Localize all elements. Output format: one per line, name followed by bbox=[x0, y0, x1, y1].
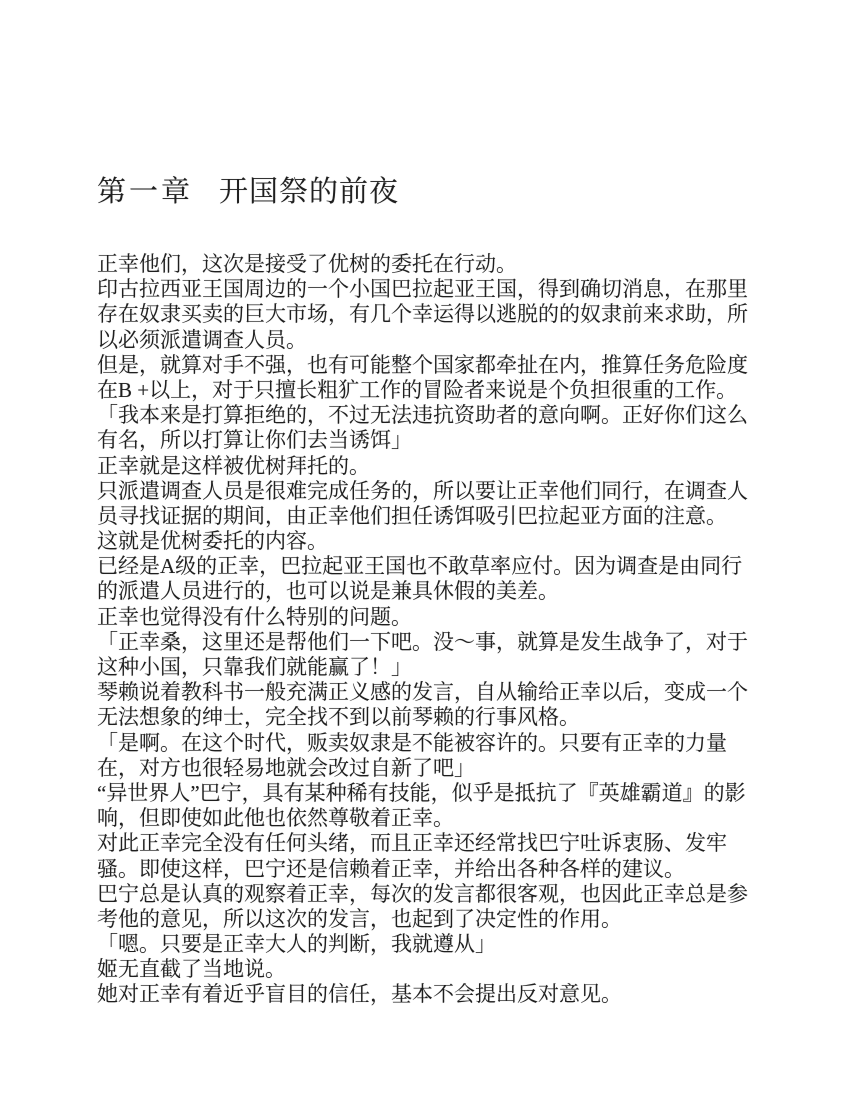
text-line: 姬无直截了当地说。 bbox=[97, 957, 769, 982]
text-line: 无法想象的绅士，完全找不到以前琴赖的行事风格。 bbox=[97, 705, 769, 730]
chapter-name: 开国祭的前夜 bbox=[219, 176, 399, 208]
text-line: 以必须派遣调查人员。 bbox=[97, 328, 769, 353]
text-line: 印古拉西亚王国周边的一个小国巴拉起亚王国，得到确切消息，在那里 bbox=[97, 277, 769, 302]
text-line: 琴赖说着教科书一般充满正义感的发言，自从输给正幸以后，变成一个 bbox=[97, 680, 769, 705]
text-line: 有名，所以打算让你们去当诱饵」 bbox=[97, 428, 769, 453]
text-line: 存在奴隶买卖的巨大市场，有几个幸运得以逃脱的的奴隶前来求助，所 bbox=[97, 302, 769, 327]
text-line: 的派遣人员进行的，也可以说是兼具休假的美差。 bbox=[97, 579, 769, 604]
document-page: 第一章开国祭的前夜 正幸他们，这次是接受了优树的委托在行动。印古拉西亚王国周边的… bbox=[0, 0, 850, 1100]
text-line: 正幸就是这样被优树拜托的。 bbox=[97, 454, 769, 479]
text-line: 对此正幸完全没有任何头绪，而且正幸还经常找巴宁吐诉衷肠、发牢 bbox=[97, 831, 769, 856]
chapter-title: 第一章开国祭的前夜 bbox=[97, 169, 399, 210]
text-line: 正幸也觉得没有什么特别的问题。 bbox=[97, 605, 769, 630]
text-line: 在B +以上，对于只擅长粗犷工作的冒险者来说是个负担很重的工作。 bbox=[97, 378, 769, 403]
text-line: 她对正幸有着近乎盲目的信任，基本不会提出反对意见。 bbox=[97, 982, 769, 1007]
text-line: 「是啊。在这个时代，贩卖奴隶是不能被容许的。只要有正幸的力量 bbox=[97, 731, 769, 756]
text-line: 骚。即使这样，巴宁还是信赖着正幸，并给出各种各样的建议。 bbox=[97, 857, 769, 882]
text-line: 响，但即使如此他也依然尊敬着正幸。 bbox=[97, 806, 769, 831]
text-line: 「我本来是打算拒绝的，不过无法违抗资助者的意向啊。正好你们这么 bbox=[97, 403, 769, 428]
text-line: “异世界人”巴宁，具有某种稀有技能，似乎是抵抗了『英雄霸道』的影 bbox=[97, 781, 769, 806]
text-line: 这就是优树委托的内容。 bbox=[97, 529, 769, 554]
text-line: 考他的意见，所以这次的发言，也起到了决定性的作用。 bbox=[97, 907, 769, 932]
text-line: 巴宁总是认真的观察着正幸，每次的发言都很客观，也因此正幸总是参 bbox=[97, 882, 769, 907]
text-line: 这种小国，只靠我们就能赢了！」 bbox=[97, 655, 769, 680]
chapter-number: 第一章 bbox=[97, 176, 193, 208]
text-line: 在，对方也很轻易地就会改过自新了吧」 bbox=[97, 756, 769, 781]
text-line: 员寻找证据的期间，由正幸他们担任诱饵吸引巴拉起亚方面的注意。 bbox=[97, 504, 769, 529]
text-line: 「正幸桑，这里还是帮他们一下吧。没～事，就算是发生战争了，对于 bbox=[97, 630, 769, 655]
text-line: 但是，就算对手不强，也有可能整个国家都牵扯在内，推算任务危险度 bbox=[97, 353, 769, 378]
text-line: 只派遣调查人员是很难完成任务的，所以要让正幸他们同行，在调查人 bbox=[97, 479, 769, 504]
text-line: 已经是A级的正幸，巴拉起亚王国也不敢草率应付。因为调查是由同行 bbox=[97, 554, 769, 579]
text-line: 正幸他们，这次是接受了优树的委托在行动。 bbox=[97, 252, 769, 277]
text-line: 「嗯。只要是正幸大人的判断，我就遵从」 bbox=[97, 932, 769, 957]
body-text: 正幸他们，这次是接受了优树的委托在行动。印古拉西亚王国周边的一个小国巴拉起亚王国… bbox=[97, 252, 769, 1008]
